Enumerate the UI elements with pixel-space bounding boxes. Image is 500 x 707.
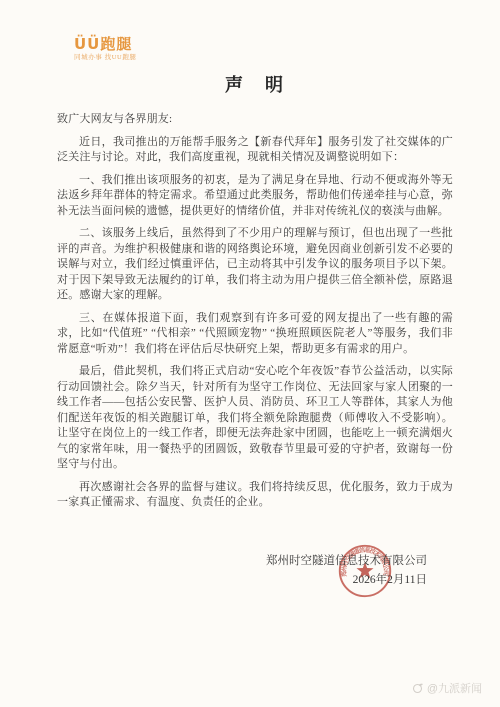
statement-paragraph: 近日，我司推出的万能帮手服务之【新春代拜年】服务引发了社交媒体的广泛关注与讨论。… xyxy=(57,135,453,166)
signature-date: 2026年2月11日 xyxy=(266,575,427,587)
statement-paragraph: 二、该服务上线后，虽然得到了不少用户的理解与预订，但也出现了一些批评的声音。为维… xyxy=(57,226,453,304)
watermark-text: @九派新闻 xyxy=(427,680,482,696)
statement-content: 声 明 致广大网友与各界朋友: 近日，我司推出的万能帮手服务之【新春代拜年】服务… xyxy=(57,71,453,518)
signature-company: 郑州时空隧道信息技术有限公司 xyxy=(266,556,427,568)
statement-paragraph: 一、我们推出该项服务的初衷，是为了满足身在异地、行动不便或海外等无法返乡拜年群体… xyxy=(57,173,453,220)
uu-paotui-logo-text: ÜÜ跑腿 xyxy=(74,37,137,52)
uu-paotui-logo-tagline: 同城办事 找UU跑腿 xyxy=(74,55,137,62)
signature-block: 郑州时空隧道信息技术有限公司 2026年2月11日 xyxy=(266,556,427,586)
statement-paragraph: 再次感谢社会各界的监督与建议。我们将持续反思，优化服务，致力于成为一家真正懂需求… xyxy=(57,480,453,511)
statement-title: 声 明 xyxy=(57,71,453,97)
jiupai-news-logo-icon xyxy=(412,682,424,694)
statement-paragraph: 三、在媒体报道下面，我们观察到有许多可爱的网友提出了一些有趣的需求，比如“代值班… xyxy=(57,311,453,358)
jiupai-news-watermark: @九派新闻 xyxy=(412,680,482,696)
statement-document: ÜÜ跑腿 同城办事 找UU跑腿 声 明 致广大网友与各界朋友: 近日，我司推出的… xyxy=(0,0,500,707)
uu-paotui-logo: ÜÜ跑腿 同城办事 找UU跑腿 xyxy=(74,37,137,62)
statement-body: 致广大网友与各界朋友: 近日，我司推出的万能帮手服务之【新春代拜年】服务引发了社… xyxy=(57,112,453,511)
statement-paragraph: 最后，借此契机，我们将正式启动“安心吃个年夜饭”春节公益活动，以实际行动回馈社会… xyxy=(57,364,453,473)
salutation: 致广大网友与各界朋友: xyxy=(57,112,453,128)
